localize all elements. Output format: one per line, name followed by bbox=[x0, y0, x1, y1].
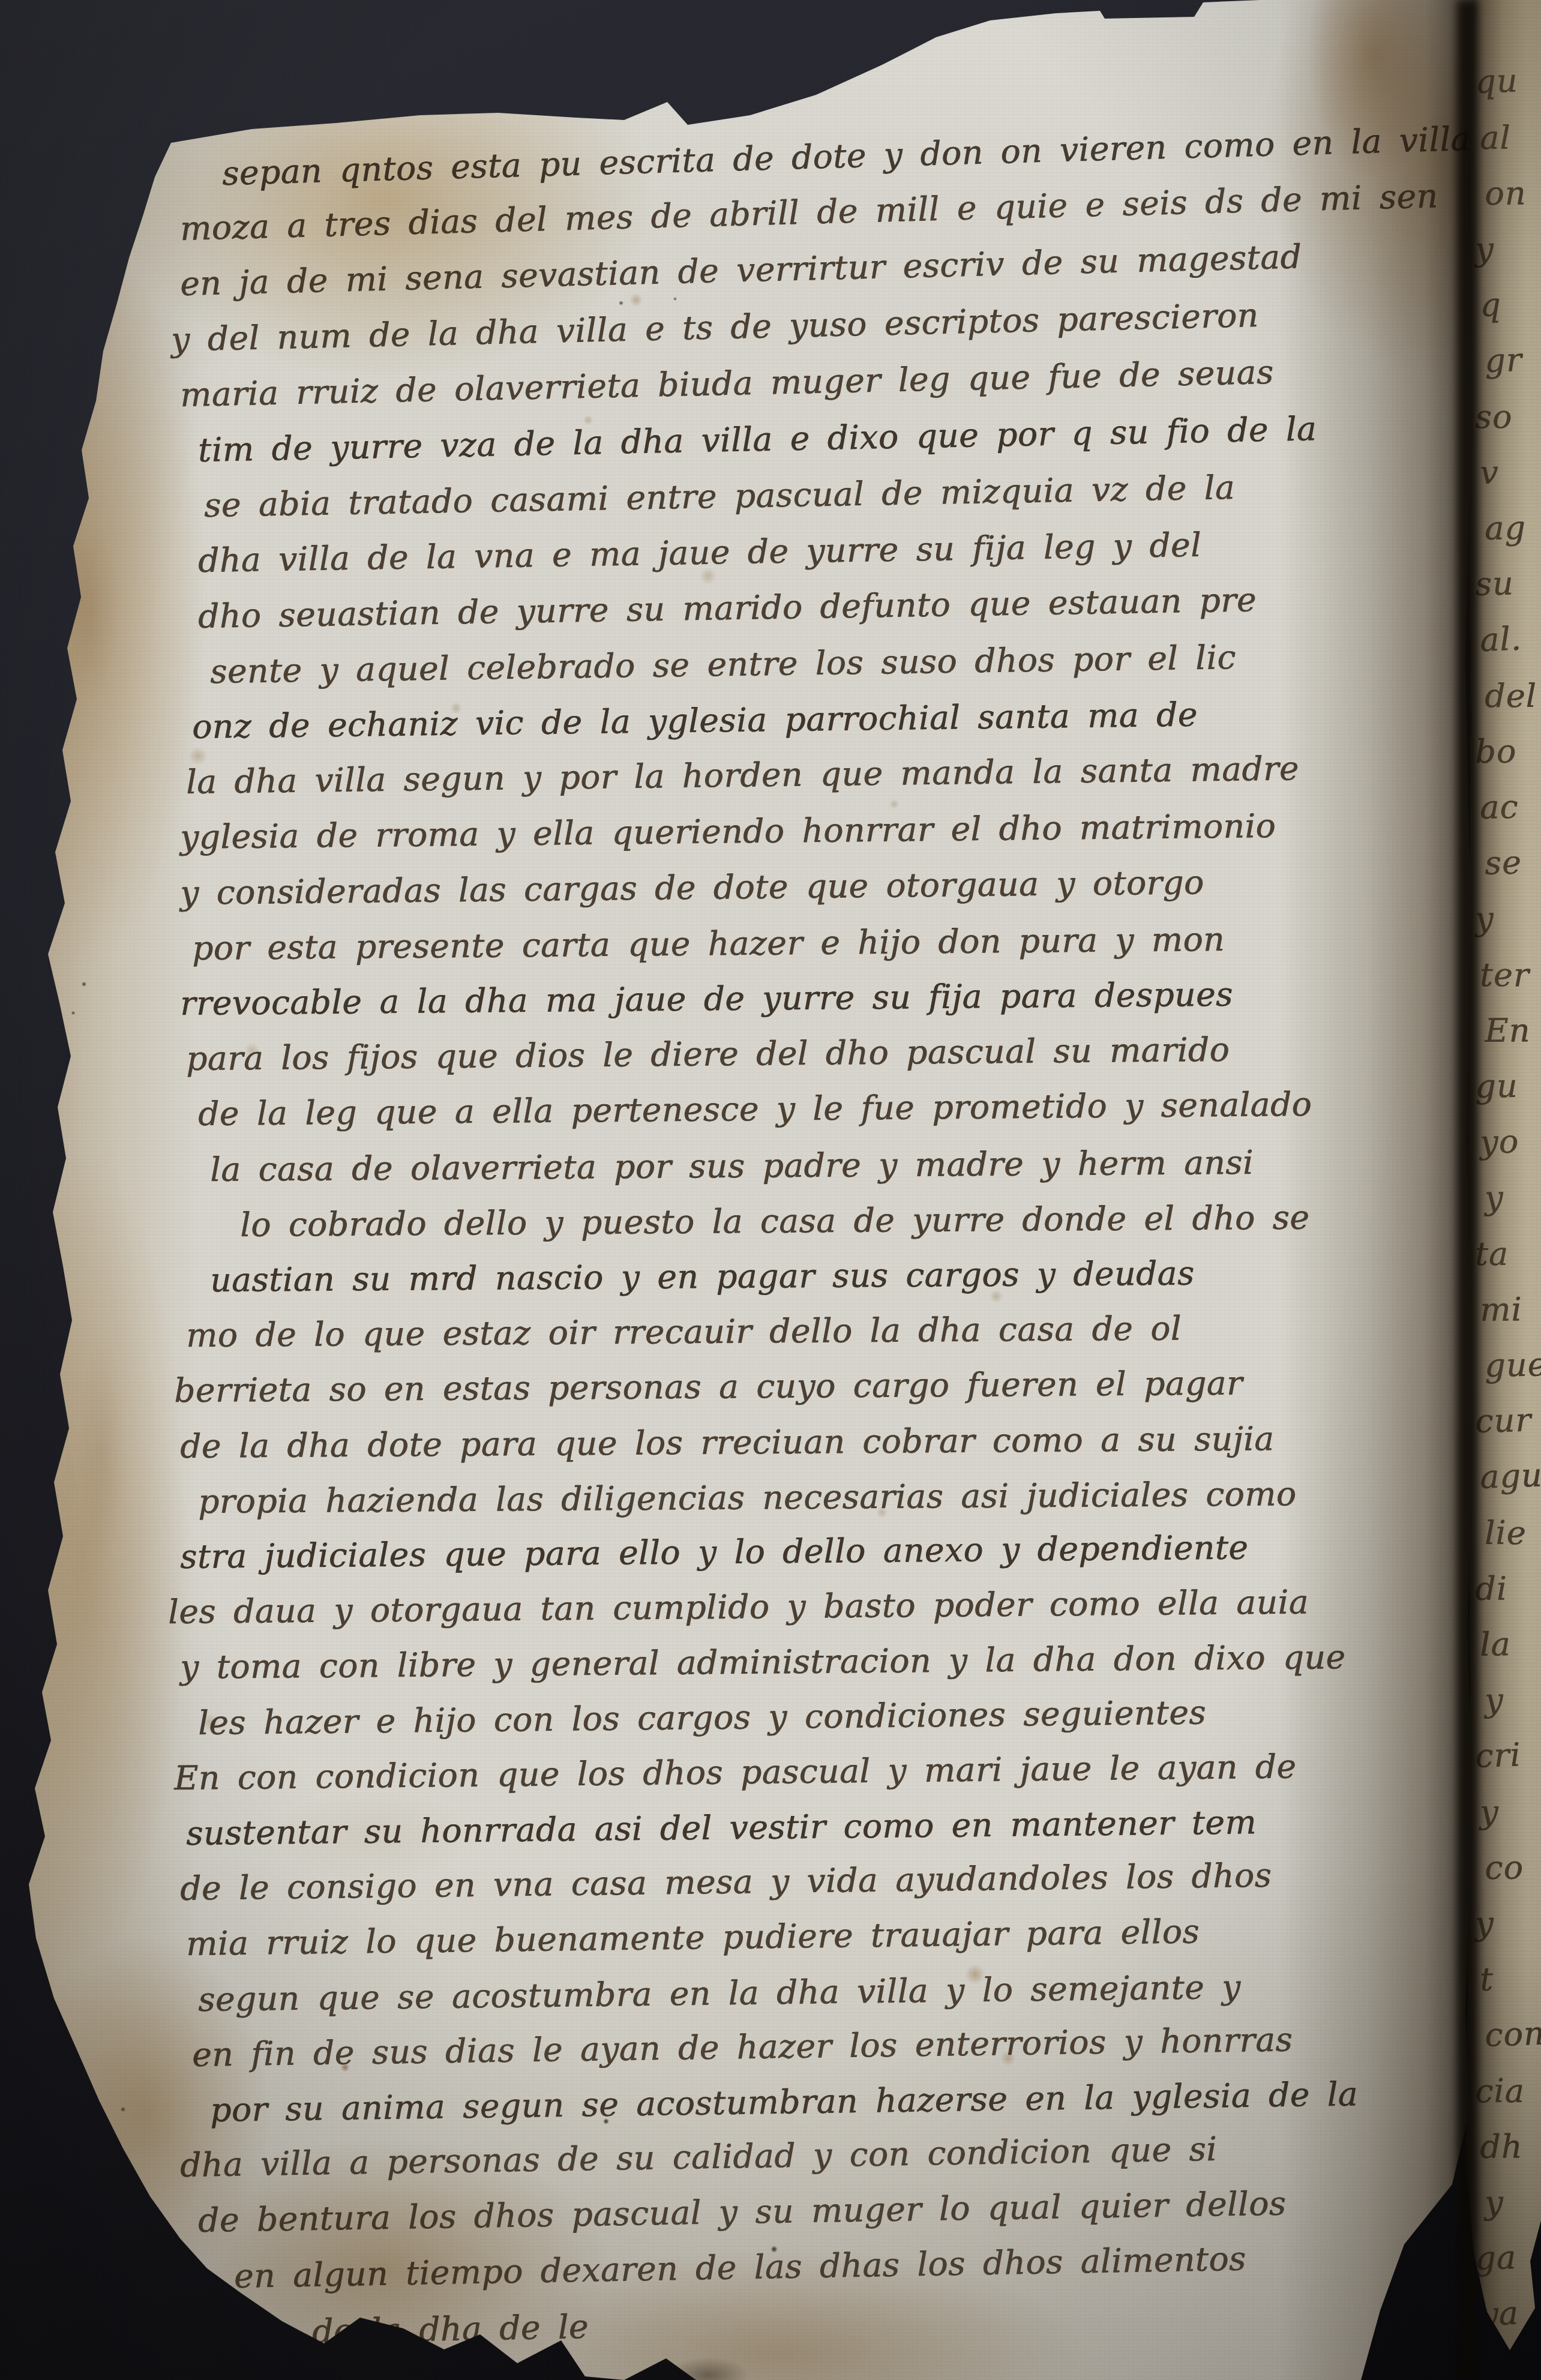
manuscript-line: dho seuastian de yurre su marido defunto… bbox=[198, 583, 1257, 633]
manuscript-line: la dha villa segun y por la horden que m… bbox=[186, 753, 1299, 799]
manuscript-line: les daua y otorgaua tan cumplido y basto… bbox=[168, 1586, 1309, 1629]
manuscript-line: sente y aquel celebrado se entre los sus… bbox=[210, 641, 1236, 688]
facing-page-line: co bbox=[1485, 1851, 1524, 1884]
manuscript-line: y del num de la dha villa e ts de yuso e… bbox=[170, 298, 1259, 356]
facing-page-line: ter bbox=[1480, 959, 1529, 991]
facing-page-line: yo bbox=[1479, 1125, 1519, 1159]
manuscript-text: sepan qntos esta pu escrita de dote y do… bbox=[0, 0, 1541, 2380]
facing-page-line: del bbox=[1485, 680, 1537, 712]
manuscript-line: moza a tres dias del mes de abrill de mi… bbox=[179, 179, 1438, 245]
manuscript-line: sustentar su honrrada asi del vestir com… bbox=[186, 1806, 1257, 1850]
manuscript-page: sepan qntos esta pu escrita de dote y do… bbox=[0, 0, 1541, 2380]
facing-page-line: y bbox=[1474, 903, 1494, 936]
manuscript-line: en fin de sus dias le ayan de hazer los … bbox=[192, 2023, 1293, 2072]
facing-page-line: se bbox=[1484, 846, 1522, 880]
manuscript-line: en algun tiempo dexaren de las dhas los … bbox=[234, 2242, 1246, 2292]
facing-page-line: gr bbox=[1484, 344, 1522, 377]
facing-page-line: bo bbox=[1475, 735, 1517, 768]
facing-page-line: la bbox=[1480, 1628, 1511, 1661]
facing-page-line: al bbox=[1480, 122, 1510, 154]
facing-page-line: ya bbox=[1479, 2297, 1519, 2331]
facing-page-line: on bbox=[1485, 177, 1527, 210]
manuscript-line: En con condicion que los dhos pascual y … bbox=[174, 1750, 1297, 1795]
facing-page-line: y bbox=[1475, 233, 1494, 266]
facing-page-line: cia bbox=[1475, 2075, 1525, 2108]
manuscript-line: la casa de olaverrieta por sus padre y m… bbox=[210, 1146, 1254, 1186]
facing-page-line: lie bbox=[1485, 1517, 1527, 1549]
facing-page-line: qu bbox=[1474, 65, 1518, 98]
manuscript-line: de la dha dote para que los rreciuan cob… bbox=[180, 1422, 1275, 1463]
facing-page-line: al. bbox=[1479, 623, 1522, 657]
manuscript-line: uastian su mrd nascio y en pagar sus car… bbox=[210, 1257, 1195, 1297]
facing-page-line: cri bbox=[1474, 1738, 1521, 1773]
facing-page-line: y bbox=[1484, 1182, 1504, 1215]
facing-page-line: v bbox=[1480, 457, 1499, 489]
manuscript-line: onz de echaniz vic de la yglesia parroch… bbox=[192, 699, 1198, 744]
manuscript-line: propia hazienda las diligencias necesari… bbox=[198, 1477, 1297, 1518]
manuscript-line: tim de yurre vza de la dha villa e dixo … bbox=[197, 412, 1317, 467]
facing-page-line: ac bbox=[1480, 791, 1519, 824]
manuscript-line: y toma con libre y general administracio… bbox=[180, 1641, 1346, 1684]
facing-page-line: ta bbox=[1475, 1238, 1509, 1270]
facing-page-line: gu bbox=[1475, 1070, 1518, 1103]
facing-page-line: ga bbox=[1474, 2241, 1516, 2275]
facing-page-line: agu bbox=[1479, 1459, 1541, 1494]
facing-page-line: y bbox=[1484, 1684, 1504, 1717]
manuscript-line: para los fijos que dios le diere del dho… bbox=[186, 1033, 1230, 1075]
manuscript-line: mo de lo que estaz oir rrecauir dello la… bbox=[186, 1312, 1182, 1353]
facing-page-line: y bbox=[1475, 1907, 1494, 1940]
manuscript-line: se abia tratado casami entre pascual de … bbox=[204, 471, 1236, 522]
manuscript-line: de la leg que a ella pertenesce y le fue… bbox=[198, 1088, 1312, 1131]
manuscript-line: les hazer e hijo con los cargos y condic… bbox=[198, 1696, 1206, 1740]
manuscript-line: mia rruiz lo que buenamente pudiere trau… bbox=[186, 1916, 1200, 1961]
manuscript-line: de la dha de le bbox=[312, 2310, 589, 2348]
facing-page-line: y bbox=[1480, 1796, 1499, 1829]
facing-page-line: q bbox=[1479, 289, 1501, 322]
manuscript-line: de bentura los dhos pascual y su muger l… bbox=[198, 2187, 1287, 2237]
facing-page-line: t bbox=[1479, 1963, 1494, 1996]
facing-page-line: ag bbox=[1485, 512, 1527, 545]
manuscript-line: y consideradas las cargas de dote que ot… bbox=[180, 866, 1204, 910]
manuscript-line: yglesia de rroma y ella queriendo honrra… bbox=[180, 810, 1276, 854]
facing-page-line: gue bbox=[1485, 1348, 1541, 1382]
facing-page-line: cur bbox=[1474, 1404, 1531, 1438]
facing-page-line: con bbox=[1484, 2018, 1541, 2052]
facing-page-line: En bbox=[1485, 1014, 1531, 1047]
manuscript-line: por esta presente carta que hazer e hijo… bbox=[192, 923, 1225, 965]
manuscript-line: stra judiciales que para ello y lo dello… bbox=[180, 1531, 1249, 1573]
manuscript-line: dha villa de la vna e ma jaue de yurre s… bbox=[198, 529, 1202, 577]
facing-page-line: di bbox=[1475, 1573, 1507, 1605]
manuscript-line: dha villa a personas de su calidad y con… bbox=[180, 2133, 1218, 2182]
manuscript-line: rrevocable a la dha ma jaue de yurre su … bbox=[180, 978, 1233, 1020]
facing-page-line: su bbox=[1474, 567, 1514, 601]
facing-page-line: so bbox=[1475, 401, 1512, 433]
manuscript-line: lo cobrado dello y puesto la casa de yur… bbox=[240, 1201, 1310, 1241]
manuscript-line: berrieta so en estas personas a cuyo car… bbox=[174, 1367, 1243, 1407]
manuscript-line: segun que se acostumbra en la dha villa … bbox=[198, 1970, 1241, 2016]
facing-page-line: dh bbox=[1480, 2130, 1523, 2163]
manuscript-photo: qualonyqgrsovagsual.delboacseyterEnguyoy… bbox=[0, 0, 1541, 2380]
facing-page-line: mi bbox=[1480, 1293, 1522, 1326]
facing-page-line: y bbox=[1485, 2186, 1504, 2219]
manuscript-line: por su anima segun se acostumbran hazers… bbox=[210, 2078, 1359, 2127]
manuscript-line: maria rruiz de olaverrieta biuda muger l… bbox=[179, 356, 1273, 412]
manuscript-line: en ja de mi sena sevastian de verrirtur … bbox=[179, 241, 1302, 301]
manuscript-line: de le consigo en vna casa mesa y vida ay… bbox=[180, 1859, 1272, 1905]
